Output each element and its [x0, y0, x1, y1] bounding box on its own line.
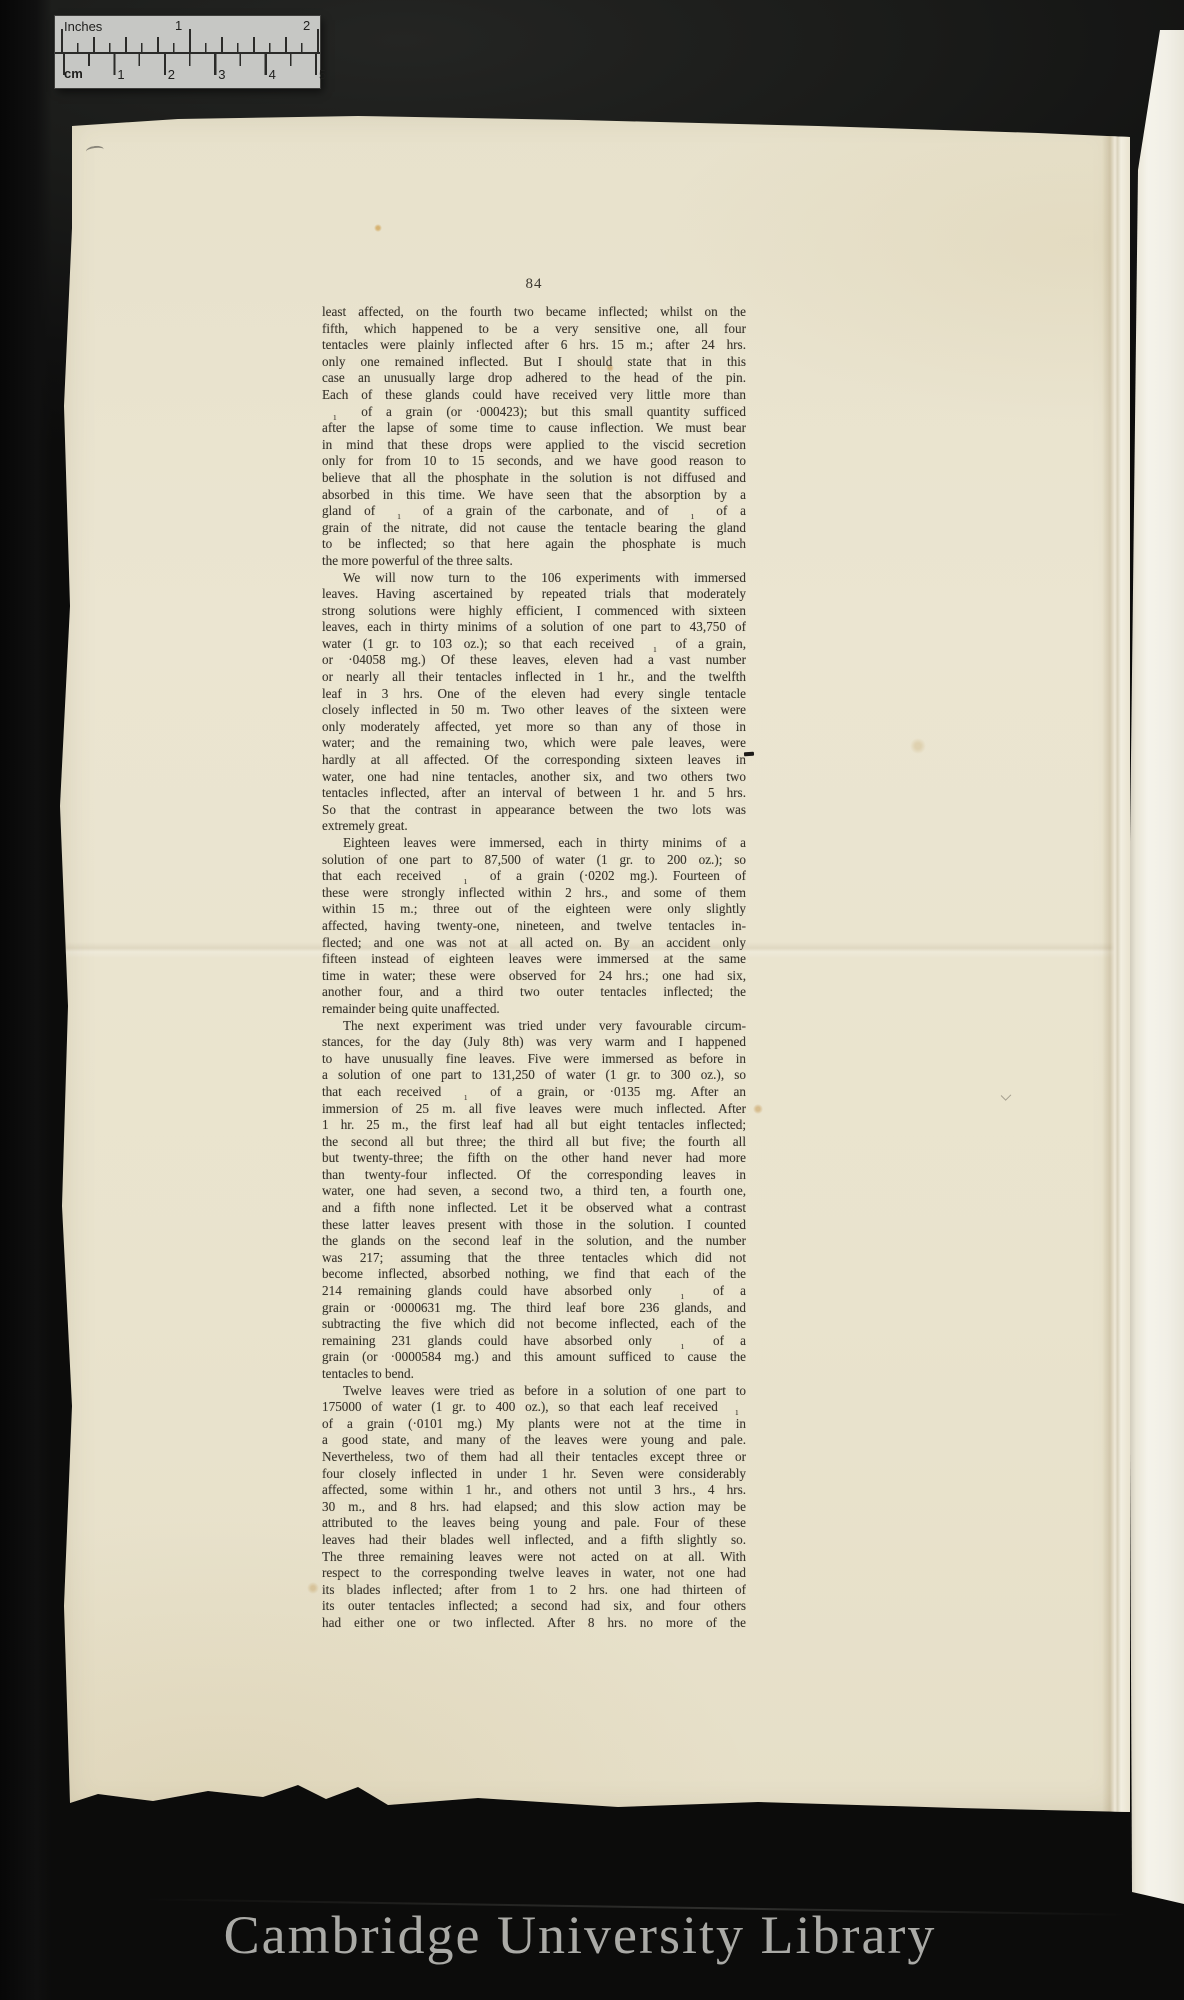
text-line: had either one or two inflected. After 8… — [322, 1615, 746, 1632]
text-line: grain (or ·0000584 mg.) and this amount … — [322, 1349, 746, 1366]
text-line: immersion of 25 m. all five leaves were … — [322, 1101, 746, 1118]
text-line: only moderately affected, yet more so th… — [322, 719, 746, 736]
text-line: four closely inflected in under 1 hr. Se… — [322, 1466, 746, 1483]
ruler: Inches cm 1212345 — [55, 16, 320, 88]
text-line: stances, for the day (July 8th) was very… — [322, 1034, 746, 1051]
text-line: tentacles inflected, after an interval o… — [322, 785, 746, 802]
ruler-inches-label: Inches — [64, 19, 102, 34]
text-line: its outer tentacles inflected; a second … — [322, 1598, 746, 1615]
text-line: 1 hr. 25 m., the first leaf had all but … — [322, 1117, 746, 1134]
text-line: another four, and a third two outer tent… — [322, 984, 746, 1001]
text-line: water, one had nine tentacles, another s… — [322, 769, 746, 786]
ruler-number: 2 — [303, 18, 310, 33]
text-line: in mind that these drops were applied to… — [322, 437, 746, 454]
background-shadow-left — [0, 0, 52, 2000]
text-line: affected, some within 1 hr., and others … — [322, 1482, 746, 1499]
text-line: the second all but three; the third all … — [322, 1134, 746, 1151]
text-line: its blades inflected; after from 1 to 2 … — [322, 1582, 746, 1599]
text-line: these latter leaves present with those i… — [322, 1217, 746, 1234]
text-line: or ·04058 mg.) Of these leaves, eleven h… — [322, 652, 746, 669]
text-line: solution of one part to 87,500 of water … — [322, 852, 746, 869]
text-line: remaining 231 glands could have absorbed… — [322, 1333, 746, 1350]
text-line: to be inflected; so that here again the … — [322, 536, 746, 553]
text-line: 175000 of water (1 gr. to 400 oz.), so t… — [322, 1399, 746, 1416]
text-line: to have unusually fine leaves. Five were… — [322, 1051, 746, 1068]
text-line: affected, having twenty-one, nineteen, a… — [322, 918, 746, 935]
ruler-number: 2 — [168, 67, 175, 82]
text-line: absorbed in this time. We have seen that… — [322, 487, 746, 504]
text-line: a good state, and many of the leaves wer… — [322, 1432, 746, 1449]
text-line: We will now turn to the 106 experiments … — [322, 570, 746, 587]
text-line: gland of 119200 of a grain of the carbon… — [322, 503, 746, 520]
text-line: but twenty-three; the fifth on the other… — [322, 1150, 746, 1167]
text-line: respect to the corresponding twelve leav… — [322, 1565, 746, 1582]
text-line: the glands on the second leaf in the sol… — [322, 1233, 746, 1250]
text-line: Twelve leaves were tried as before in a … — [322, 1383, 746, 1400]
text-line: case an unusually large drop adhered to … — [322, 370, 746, 387]
text-line: become inflected, absorbed nothing, we f… — [322, 1266, 746, 1283]
text-line: water (1 gr. to 103 oz.); so that each r… — [322, 636, 746, 653]
ruler-divider-line — [55, 52, 320, 54]
stacked-fraction: 16400 — [728, 1410, 746, 1416]
text-line: hardly at all affected. Of the correspon… — [322, 752, 746, 769]
text-line: leaf in 3 hrs. One of the eleven had eve… — [322, 686, 746, 703]
book-fore-edge — [1128, 30, 1184, 1904]
stacked-fraction: 157600 — [681, 514, 703, 520]
text-line: fifteen instead of eighteen leaves were … — [322, 951, 746, 968]
text-line: subtracting the five which did not becom… — [322, 1316, 746, 1333]
library-watermark: Cambridge University Library — [190, 1904, 970, 1966]
text-line: strong solutions were highly efficient, … — [322, 603, 746, 620]
text-line: extremely great. — [322, 818, 746, 835]
text-line: flected; and one was not at all acted on… — [322, 935, 746, 952]
text-line: a solution of one part to 131,250 of wat… — [322, 1067, 746, 1084]
ruler-number: 5 — [319, 67, 326, 82]
text-line: remainder being quite unaffected. — [322, 1001, 746, 1018]
text-line: that each received 14800 of a grain, or … — [322, 1084, 746, 1101]
text-line: only for from 10 to 15 seconds, and we h… — [322, 453, 746, 470]
text-line: only one remained inflected. But I shoul… — [322, 354, 746, 371]
text-line: water; and the remaining two, which were… — [322, 735, 746, 752]
text-line: grain or ·0000631 mg. The third leaf bor… — [322, 1300, 746, 1317]
text-line: 1153600 of a grain (or ·000423); but thi… — [322, 404, 746, 421]
margin-pencil-tick — [1001, 1090, 1012, 1101]
text-line: within 15 m.; three out of the eighteen … — [322, 901, 746, 918]
text-line: fifth, which happened to be a very sensi… — [322, 321, 746, 338]
ruler-number: 1 — [117, 67, 124, 82]
text-column: least affected, on the fourth two became… — [322, 304, 746, 1632]
text-line: 214 remaining glands could have absorbed… — [322, 1283, 746, 1300]
text-line: tentacles were plainly inflected after 6… — [322, 337, 746, 354]
text-line: leaves, each in thirty minims of a solut… — [322, 619, 746, 636]
text-line: 30 m., and 8 hrs. had elapsed; and this … — [322, 1499, 746, 1516]
text-line: grain of the nitrate, did not cause the … — [322, 520, 746, 537]
stacked-fraction: 119200 — [388, 514, 410, 520]
text-line: of a grain (·0101 mg.) My plants were no… — [322, 1416, 746, 1433]
text-line: The next experiment was tried under very… — [322, 1018, 746, 1035]
stacked-fraction: 13200 — [456, 879, 474, 885]
ruler-number: 1 — [175, 18, 182, 33]
ruler-cm-label: cm — [64, 66, 83, 81]
scanned-page-photo: Inches cm 1212345 84 least affected, on … — [0, 0, 1184, 2000]
text-line: the more powerful of the three salts. — [322, 553, 746, 570]
text-line: Eighteen leaves were immersed, each in t… — [322, 835, 746, 852]
pencil-mark — [86, 145, 105, 156]
ruler-ticks-cm — [63, 54, 320, 75]
text-line: water, one had seven, a second two, a th… — [322, 1183, 746, 1200]
text-line: leaves. Having ascertained by repeated t… — [322, 586, 746, 603]
text-line: or nearly all their tentacles inflected … — [322, 669, 746, 686]
text-line: Nevertheless, two of them had all their … — [322, 1449, 746, 1466]
text-line: closely inflected in 50 m. Two other lea… — [322, 702, 746, 719]
text-line: that each received 13200 of a grain (·02… — [322, 868, 746, 885]
ruler-number: 3 — [218, 67, 225, 82]
text-line: leaves had their blades well inflected, … — [322, 1532, 746, 1549]
page-number: 84 — [322, 276, 746, 293]
book-page: 84 least affected, on the fourth two bec… — [58, 106, 1130, 1818]
text-line: least affected, on the fourth two became… — [322, 304, 746, 321]
page-edge-curl — [1102, 130, 1130, 1814]
stacked-fraction: 14800 — [457, 1095, 475, 1101]
ruler-number: 4 — [269, 67, 276, 82]
text-line: So that the contrast in appearance betwe… — [322, 802, 746, 819]
text-line: time in water; these were observed for 2… — [322, 968, 746, 985]
text-line: was 217; assuming that the three tentacl… — [322, 1250, 746, 1267]
text-line: tentacles to bend. — [322, 1366, 746, 1383]
text-line: attributed to the leaves being young and… — [322, 1515, 746, 1532]
text-line: and a fifth none inflected. Let it be ob… — [322, 1200, 746, 1217]
text-line: The three remaining leaves were not acte… — [322, 1549, 746, 1566]
text-line: after the lapse of some time to cause in… — [322, 420, 746, 437]
stacked-fraction: 11027200 — [668, 1294, 697, 1300]
text-line: than twenty-four inflected. Of the corre… — [322, 1167, 746, 1184]
text-line: these were strongly inflected within 2 h… — [322, 885, 746, 902]
text-line: believe that all the phosphate in the so… — [322, 470, 746, 487]
text-line: Each of these glands could have received… — [322, 387, 746, 404]
